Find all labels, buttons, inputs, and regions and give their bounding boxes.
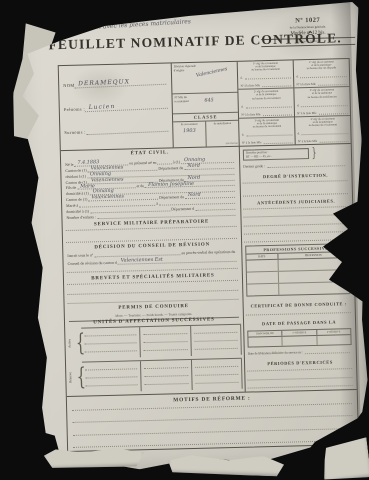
antecedents-header: ANTÉCÉDENTS JUDICIAIRES. — [240, 198, 352, 206]
registry-d-row: d. — [297, 102, 348, 107]
perforation-marks — [32, 304, 36, 374]
unites-table: Active{Réserve{ — [67, 324, 243, 396]
blank-field — [301, 105, 348, 107]
passage-header: DATE DE PASSAGE DANS LA — [243, 319, 355, 327]
registry-cell: 2ᵉ régᵗ du recrutementet de la statistiq… — [239, 89, 295, 119]
registry-cell: 1ᵉʳ régᵗ du recrutementet de la statisti… — [238, 60, 294, 90]
dernier-grade-row: Dernier grade : — [243, 162, 345, 168]
blank-field — [319, 141, 348, 143]
ruled-line — [244, 231, 349, 235]
registry-cell-text: 3ᵉ régᵗ du recrutementet de la statistiq… — [297, 117, 348, 128]
classe-recrutement-value: 1903 — [174, 128, 204, 135]
blank-field — [245, 106, 292, 108]
ruled-line — [84, 334, 136, 336]
ruled-line — [194, 331, 237, 333]
derniere-position: Dernière position : RT — RD — 45, etc. } — [243, 146, 319, 163]
motifs-section: MOTIFS DE RÉFORME : — [67, 389, 358, 448]
handwritten-annotation: Feuillet détruit (suite de guerre) fait … — [90, 10, 191, 31]
division-column: Division régionale d'origine Valencienne… — [172, 62, 240, 148]
registry-cell-text: 2ᵉ régᵗ du recrutementet de la statistiq… — [297, 88, 348, 99]
registry-cell-line: au bureau du recrutement — [241, 96, 292, 100]
periodes-header: PÉRIODES D'EXERCICES — [244, 359, 356, 367]
blank-field — [301, 76, 348, 78]
classe-mobilisation-note: (en réserve) — [226, 142, 238, 145]
division-label: Division régionale d'origine — [172, 63, 200, 73]
derniere-position-l2: RT — RD — 45, etc. — [246, 154, 306, 159]
ruled-line — [67, 289, 238, 294]
registry-d-label: d. — [240, 76, 242, 80]
registry-d-label: d. — [297, 103, 299, 107]
registry-cell: 3ᵉ régᵗ du recrutementet de la statistiq… — [295, 116, 350, 145]
registry-liste-label: Nº à la liste Mle — [296, 82, 316, 86]
ruled-line — [195, 365, 238, 367]
registry-cell-text: 3ᵉ régᵗ du recrutementet de la statistiq… — [241, 118, 292, 129]
registry-column-2: 1ᵉʳ régᵗ du recrutementet de la statisti… — [294, 59, 351, 144]
classe-mobilisation-label: de mobilisation — [207, 122, 237, 126]
ruled-line — [86, 384, 138, 386]
registry-cell: 3ᵉ régᵗ du recrutementet de la statistiq… — [239, 117, 294, 146]
ruled-line — [144, 367, 187, 369]
ruled-line — [247, 368, 352, 372]
surnoms-label: Surnoms : — [64, 130, 86, 136]
passage-empty-row — [248, 335, 350, 346]
registry-d-row: d. — [242, 131, 293, 136]
ruled-line — [194, 347, 237, 349]
affectation-column — [140, 326, 191, 357]
registry-cell-line: au bureau de recrutement — [297, 123, 348, 127]
classe-cell: CLASSE de recrutement 1903 de mobilisati… — [173, 113, 239, 148]
nom-value: DERAMEQUX — [75, 78, 168, 89]
header-grid: NOM DERAMEQUX Prénoms : Lucien Surnoms :… — [59, 59, 351, 151]
annotation-line-2: fait avec les pièces matriculaires — [91, 18, 191, 31]
passage-col-reserve1: 1ʳᵉ RÉSERVE — [283, 330, 317, 336]
passage-col-disponibilite: DISPONIBILITÉ — [248, 331, 282, 337]
ruled-line — [144, 341, 187, 343]
registry-cell-line: au bureau des cas disputés — [296, 66, 347, 70]
registry-liste-row: Nº à la liste Mle — [242, 139, 293, 144]
degre-header: DEGRÉ D'INSTRUCTION. — [239, 172, 351, 180]
brace: { — [76, 328, 81, 359]
profession-date-cell — [247, 260, 279, 272]
registry-cell-line: au bureau de mobilisation — [297, 95, 348, 99]
blank-field — [246, 134, 293, 136]
ruled-line — [244, 223, 349, 227]
affectation-column — [191, 325, 242, 356]
prenoms-label: Prénoms : — [64, 107, 85, 113]
certificat-header: CERTIFICAT DE BONNE CONDUITE : — [243, 301, 355, 309]
registry-cell-text: 1ᵉʳ régᵗ du recrutementet de la statisti… — [296, 60, 347, 71]
profession-empty-row — [247, 282, 349, 295]
ruled-line — [247, 377, 352, 381]
registry-cell: 1ᵉʳ régᵗ du recrutementet de la statisti… — [294, 59, 350, 89]
matricule-cell: Nº Mle du recrutement 645 — [172, 93, 238, 115]
prenoms-row: Prénoms : Lucien — [64, 103, 168, 113]
matricule-value: 645 — [204, 98, 213, 103]
blank-field — [302, 133, 349, 135]
surnoms-value — [86, 131, 168, 135]
registry-d-label: d. — [296, 75, 298, 79]
ruled-line — [248, 385, 353, 389]
affectation-group-label: Active — [67, 328, 75, 359]
registry-cell-text: 1ᵉʳ régᵗ du recrutementet de la statisti… — [240, 61, 291, 72]
registry-cell-line: au bureau du recrutement — [240, 68, 291, 72]
nom-row: NOM DERAMEQUX — [63, 78, 167, 88]
prenoms-value: Lucien — [85, 102, 168, 112]
classe-recrutement-label: de recrutement — [174, 123, 204, 127]
blank-field — [319, 113, 348, 115]
document-sheet: Feuillet détruit (suite de guerre) fait … — [8, 0, 369, 478]
ruled-line — [73, 440, 353, 448]
ruled-line — [243, 214, 348, 218]
ruled-line — [144, 375, 187, 377]
blank-field — [318, 84, 347, 86]
registry-liste-row: Nº à la liste Mle — [297, 110, 348, 115]
registry-d-row: d. — [240, 75, 291, 80]
affectation-columns — [81, 324, 242, 359]
profession-date-cell — [247, 284, 279, 296]
registry-column-1: 1ᵉʳ régᵗ du recrutementet de la statisti… — [238, 60, 296, 145]
brace: { — [76, 362, 81, 393]
affectation-group-label: Réserve — [68, 362, 76, 393]
affectation-group: Active{ — [67, 324, 242, 359]
ruled-line — [67, 268, 238, 273]
registry-cell-line: au bureau du recrutement — [242, 124, 293, 128]
surnoms-row: Surnoms : — [64, 128, 168, 136]
margin-note-line-2: et le département. — [26, 174, 30, 198]
margin-note-line-1: Indiquer la commune, le canton — [27, 200, 31, 242]
registry-liste-label: Nº à la liste Mle — [242, 140, 262, 144]
nom-label: NOM — [63, 83, 75, 88]
registry-d-row: d. — [298, 130, 349, 135]
brevets-lines — [67, 280, 238, 304]
affectation-column — [81, 327, 141, 358]
blank-field — [262, 86, 291, 88]
ruled-line — [144, 349, 187, 351]
ruled-line — [85, 342, 137, 344]
affectation-column — [82, 361, 142, 392]
derniere-position-box: Dernière position : RT — RD — 45, etc. — [243, 148, 309, 161]
ruled-line — [85, 376, 137, 378]
liberation-row: Date de libération définitive du service… — [248, 349, 350, 355]
classe-columns: de recrutement 1903 de mobilisation (en … — [173, 121, 239, 148]
professions-col-date: DATE — [246, 254, 278, 260]
registry-cell-text: 2ᵉ régᵗ du recrutementet de la statistiq… — [241, 90, 292, 101]
ruled-line — [243, 206, 348, 210]
division-value: Valenciennes — [196, 67, 228, 79]
registry-cell: 2ᵉ régᵗ du recrutementet de la statistiq… — [295, 87, 351, 117]
passage-table: DISPONIBILITÉ 1ʳᵉ RÉSERVE 2ᵉ RÉSERVE — [247, 328, 351, 348]
registry-d-row: d. — [296, 73, 347, 78]
identity-column: NOM DERAMEQUX Prénoms : Lucien Surnoms : — [59, 63, 174, 150]
periodes-lines — [247, 368, 352, 389]
scan-background: Feuillet détruit (suite de guerre) fait … — [0, 0, 369, 480]
registry-liste-label: Nº à la liste Mle — [298, 139, 318, 143]
registry-liste-row: Nº à la liste Mle — [241, 111, 292, 116]
brace: } — [311, 146, 316, 161]
ruled-line — [143, 333, 186, 335]
blank-field — [245, 78, 292, 80]
decision-canton-value: Valenciennes Est — [118, 256, 237, 265]
blank-field — [305, 352, 350, 354]
motifs-lines — [72, 403, 353, 448]
registry-liste-label: Nº à la liste Mle — [241, 112, 261, 116]
affectation-columns — [82, 358, 243, 393]
field-label: Nombre d'enfants : — [65, 215, 97, 220]
etat-civil-rows: Né le7.4.1883ou présumé né enà (1)Onnain… — [61, 157, 238, 220]
registry-liste-row: Nº à la liste Mle — [298, 138, 349, 143]
registry-liste-row: Nº à la liste Mle — [296, 81, 347, 86]
blank-field — [263, 114, 292, 116]
registry-d-label: d. — [242, 133, 244, 137]
registry-liste-label: Nº à la liste Mle — [297, 110, 317, 114]
ruled-line — [246, 312, 351, 316]
ruled-line — [195, 381, 238, 383]
ruled-line — [194, 339, 237, 341]
blank-field — [263, 142, 292, 144]
dernier-grade-label: Dernier grade : — [243, 164, 265, 169]
ruled-line — [73, 428, 353, 436]
affectation-group: Réserve{ — [68, 358, 243, 393]
liberation-label: Date de libération définitive du service… — [248, 350, 304, 355]
antecedents-lines — [243, 206, 349, 243]
division-cell: Division régionale d'origine Valencienne… — [172, 62, 238, 95]
registry-liste-row: Nº à la liste Mle — [241, 83, 292, 88]
affectation-column — [192, 359, 243, 390]
blank-field — [267, 165, 345, 168]
degre-lines — [243, 180, 348, 197]
affectation-column — [141, 360, 192, 391]
registry-liste-label: Nº à la liste Mle — [241, 84, 261, 88]
ruled-line — [195, 373, 238, 375]
profession-date-cell — [247, 272, 279, 284]
ruled-line — [243, 193, 348, 197]
form-frame: NOM DERAMEQUX Prénoms : Lucien Surnoms :… — [58, 58, 359, 452]
ruled-line — [145, 383, 188, 385]
registry-d-row: d. — [241, 103, 292, 108]
registry-d-label: d. — [241, 104, 243, 108]
ruled-line — [243, 180, 348, 184]
matricule-label: Nº Mle du recrutement — [172, 94, 200, 104]
classe-mobilisation: de mobilisation (en réserve) — [206, 121, 239, 147]
smp-lines — [66, 226, 237, 243]
margin-note: Indiquer la commune, le canton et le dép… — [26, 156, 32, 242]
registry-d-label: d. — [298, 131, 300, 135]
decision-l2a: Conseil de révision du canton d — [67, 261, 118, 266]
classe-recrutement: de recrutement 1903 — [173, 122, 207, 148]
passage-col-reserve2: 2ᵉ RÉSERVE — [317, 329, 350, 335]
ruled-line — [85, 368, 137, 370]
ruled-line — [72, 415, 352, 423]
ruled-line — [85, 350, 137, 352]
